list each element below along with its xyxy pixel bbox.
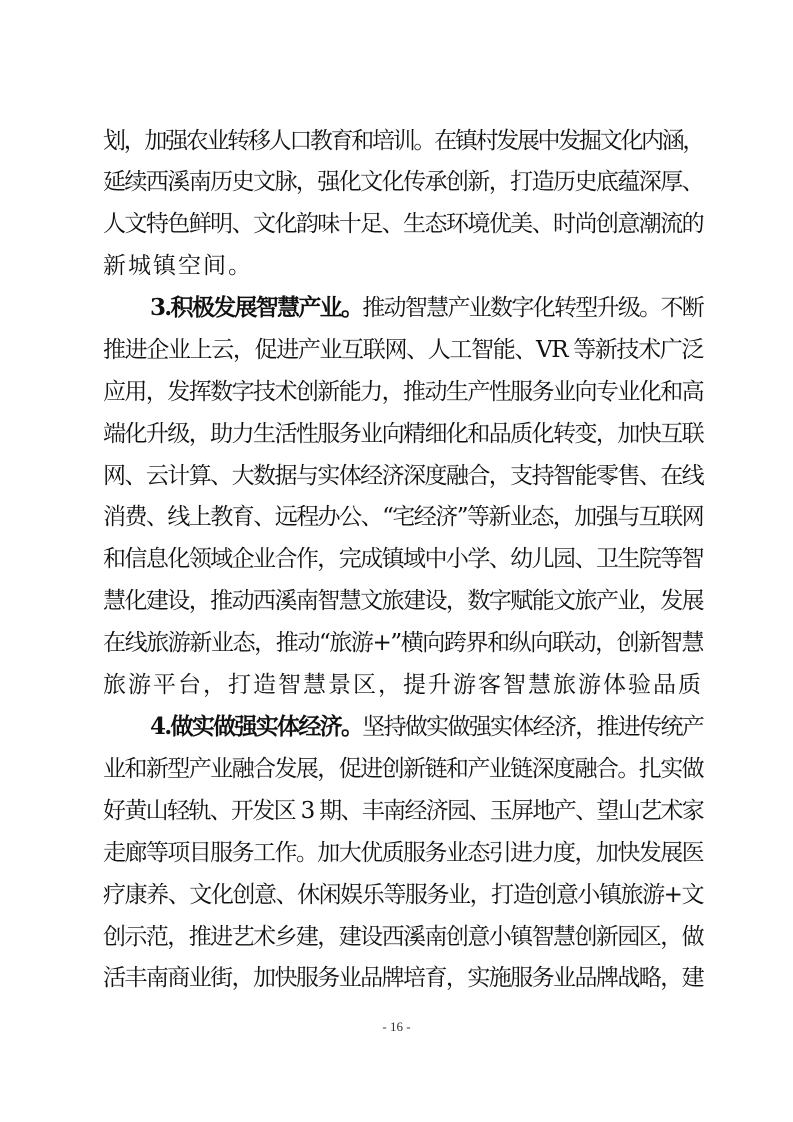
text-line: 人文特色鲜明、文化韵味十足、生态环境优美、时尚创意潮流的	[103, 209, 703, 239]
document-page: 划，加强农业转移人口教育和培训。在镇村发展中发掘文化内涵， 延续西溪南历史文脉，…	[0, 0, 793, 1122]
section-3-heading: 3.积极发展智慧产业。	[150, 294, 362, 321]
section-3-text: 推动智慧产业数字化转型升级。不断	[362, 295, 703, 321]
text-line: 新城镇空间。	[103, 251, 703, 281]
text-line: 应用，发挥数字技术创新能力，推动生产性服务业向专业化和高	[103, 377, 703, 407]
text-line: 创示范，推进艺术乡建，建设西溪南创意小镇智慧创新园区，做	[103, 922, 703, 952]
text-line: 消费、线上教育、远程办公、“宅经济”等新业态，加强与互联网	[103, 502, 703, 532]
text-line: 走廊等项目服务工作。加大优质服务业态引进力度，加快发展医	[103, 838, 703, 868]
text-line: 划，加强农业转移人口教育和培训。在镇村发展中发掘文化内涵，	[103, 126, 703, 156]
text-line: 和信息化领域企业合作，完成镇域中小学、幼儿园、卫生院等智	[103, 544, 703, 574]
text-line: 端化升级，助力生活性服务业向精细化和品质化转变，加快互联	[103, 419, 703, 449]
text-line: 慧化建设，推动西溪南智慧文旅建设，数字赋能文旅产业，发展	[103, 586, 703, 616]
section-4-text: 坚持做实做强实体经济，推进传统产	[362, 714, 703, 740]
page-number: - 16 -	[0, 1019, 793, 1035]
section-3-first-line: 3.积极发展智慧产业。推动智慧产业数字化转型升级。不断	[103, 293, 703, 323]
text-line: 疗康养、文化创意、休闲娱乐等服务业，打造创意小镇旅游+文	[103, 880, 703, 910]
text-line: 在线旅游新业态，推动“旅游+”横向跨界和纵向联动，创新智慧	[103, 628, 703, 658]
text-line: 活丰南商业街，加快服务业品牌培育，实施服务业品牌战略，建	[103, 963, 703, 993]
section-4-heading: 4.做实做强实体经济。	[150, 713, 362, 740]
text-line: 延续西溪南历史文脉，强化文化传承创新，打造历史底蕴深厚、	[103, 167, 703, 197]
section-4-first-line: 4.做实做强实体经济。坚持做实做强实体经济，推进传统产	[103, 712, 703, 742]
text-line: 业和新型产业融合发展，促进创新链和产业链深度融合。扎实做	[103, 754, 703, 784]
text-line: 旅游平台，打造智慧景区，提升游客智慧旅游体验品质	[103, 670, 703, 700]
text-line: 推进企业上云，促进产业互联网、人工智能、VR 等新技术广泛	[103, 335, 703, 365]
text-line: 网、云计算、大数据与实体经济深度融合，支持智能零售、在线	[103, 461, 703, 491]
text-line: 好黄山轻轨、开发区 3 期、丰南经济园、玉屏地产、望山艺术家	[103, 796, 703, 826]
